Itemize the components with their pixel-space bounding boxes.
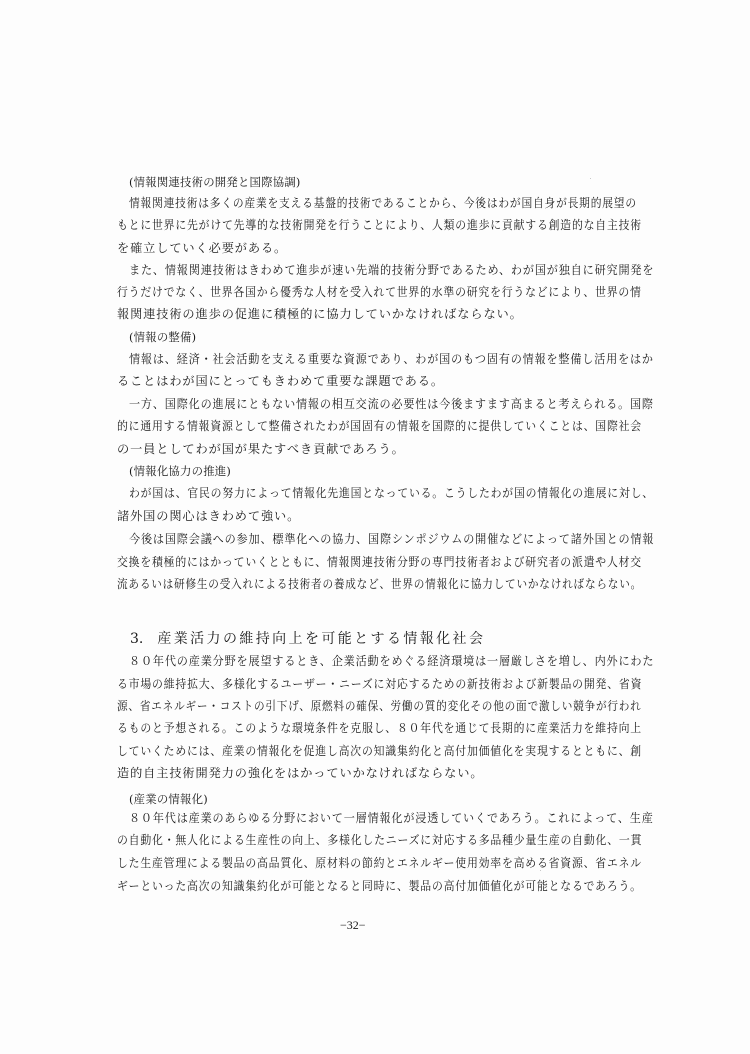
paragraph-line: の自動化・無人化による生産性の向上、多様化したニーズに対応する多品種少量生産の自… — [117, 829, 642, 851]
page-number: −32− — [340, 916, 366, 934]
scan-speck — [384, 560, 385, 561]
paragraph-line: 造的自主技術開発力の強化をはかっていかなければならない。 — [117, 762, 642, 784]
paragraph-line: もとに世界に先がけて先導的な技術開発を行うことにより、人類の進歩に貢献する創造的… — [117, 214, 642, 236]
document-page: (情報関連技術の開発と国際協調) 情報関連技術は多くの産業を支える基盤的技術であ… — [0, 0, 750, 1054]
paragraph-line: 情報は、経済・社会活動を支える重要な資源であり、わが国のもつ固有の情報を整備し活… — [129, 348, 654, 370]
paragraph-line: していくためには、産業の情報化を促進し高次の知識集約化と高付加価値化を実現すると… — [117, 740, 642, 762]
paragraph-line: 源、省エネルギー・コストの引下げ、原燃料の確保、労働の質的変化その他の面で激しい… — [117, 695, 642, 717]
paragraph-line: 流あるいは研修生の受入れによる技術者の養成など、世界の情報化に協力していかなけれ… — [117, 573, 642, 595]
paragraph-line: るものと予想される。このような環境条件を克服し、８０年代を通じて長期的に産業活力… — [117, 717, 642, 739]
paragraph-line: の一員としてわが国が果たすべき貢献であろう。 — [117, 438, 642, 460]
paragraph-line: 一方、国際化の進展にともない情報の相互交流の必要性は今後ますます高まると考えられ… — [129, 393, 654, 415]
paragraph-line: 行うだけでなく、世界各国から優秀な人材を受入れて世界的水準の研究を行うなどにより… — [117, 281, 642, 303]
paragraph-line: わが国は、官民の努力によって情報化先進国となっている。こうしたわが国の情報化の進… — [129, 482, 654, 504]
paragraph-line: 交換を積極的にはかっていくとともに、情報関連技術分野の専門技術者および研究者の派… — [117, 551, 642, 573]
chapter-title: 産業活力の維持向上を可能とする情報化社会 — [157, 631, 485, 647]
paragraph-line: る市場の維持拡大、多様化するユーザー・ニーズに対応するための新技術および新製品の… — [117, 673, 642, 695]
paragraph-line: 情報関連技術は多くの産業を支える基盤的技術であることから、今後はわが国自身が長期… — [129, 192, 637, 214]
paragraph-line: ることはわが国にとってもきわめて重要な課題である。 — [117, 370, 642, 392]
chapter-heading: 3.産業活力の維持向上を可能とする情報化社会 — [130, 627, 485, 651]
subheading-tech-development: (情報関連技術の開発と国際協調) — [129, 171, 654, 193]
scan-speck — [540, 870, 541, 871]
scan-speck — [316, 813, 317, 814]
paragraph-line: 報関連技術の進歩の促進に積極的に協力していかなければならない。 — [117, 303, 642, 325]
paragraph-line: 的に通用する情報資源として整備されたわが国固有の情報を国際的に提供していくことは… — [117, 415, 642, 437]
paragraph-line: ギーといった高次の知識集約化が可能となると同時に、製品の高付加価値化が可能となる… — [117, 875, 642, 897]
paragraph-line: 今後は国際会議への参加、標準化への協力、国際シンポジウムの開催などによって諸外国… — [129, 528, 654, 550]
paragraph-line: ８０年代は産業のあらゆる分野において一層情報化が浸透していくであろう。これによっ… — [129, 807, 654, 829]
paragraph-line: した生産管理による製品の高品質化、原材料の節約とエネルギー使用効率を高める省資源… — [117, 852, 642, 874]
subheading-information-maintenance: (情報の整備) — [129, 326, 654, 348]
subheading-informatization-cooperation: (情報化協力の推進) — [129, 460, 654, 482]
paragraph-line: ８０年代の産業分野を展望するとき、企業活動をめぐる経済環境は一層厳しさを増し、内… — [129, 650, 654, 672]
chapter-number: 3. — [130, 631, 143, 647]
paragraph-line: を確立していく必要がある。 — [117, 237, 642, 259]
scan-speck — [412, 262, 413, 263]
paragraph-line: また、情報関連技術はきわめて進歩が速い先端的技術分野であるため、わが国が独自に研… — [129, 259, 654, 281]
paragraph-line: 諸外国の関心はきわめて強い。 — [117, 505, 642, 527]
scan-speck — [590, 178, 591, 179]
